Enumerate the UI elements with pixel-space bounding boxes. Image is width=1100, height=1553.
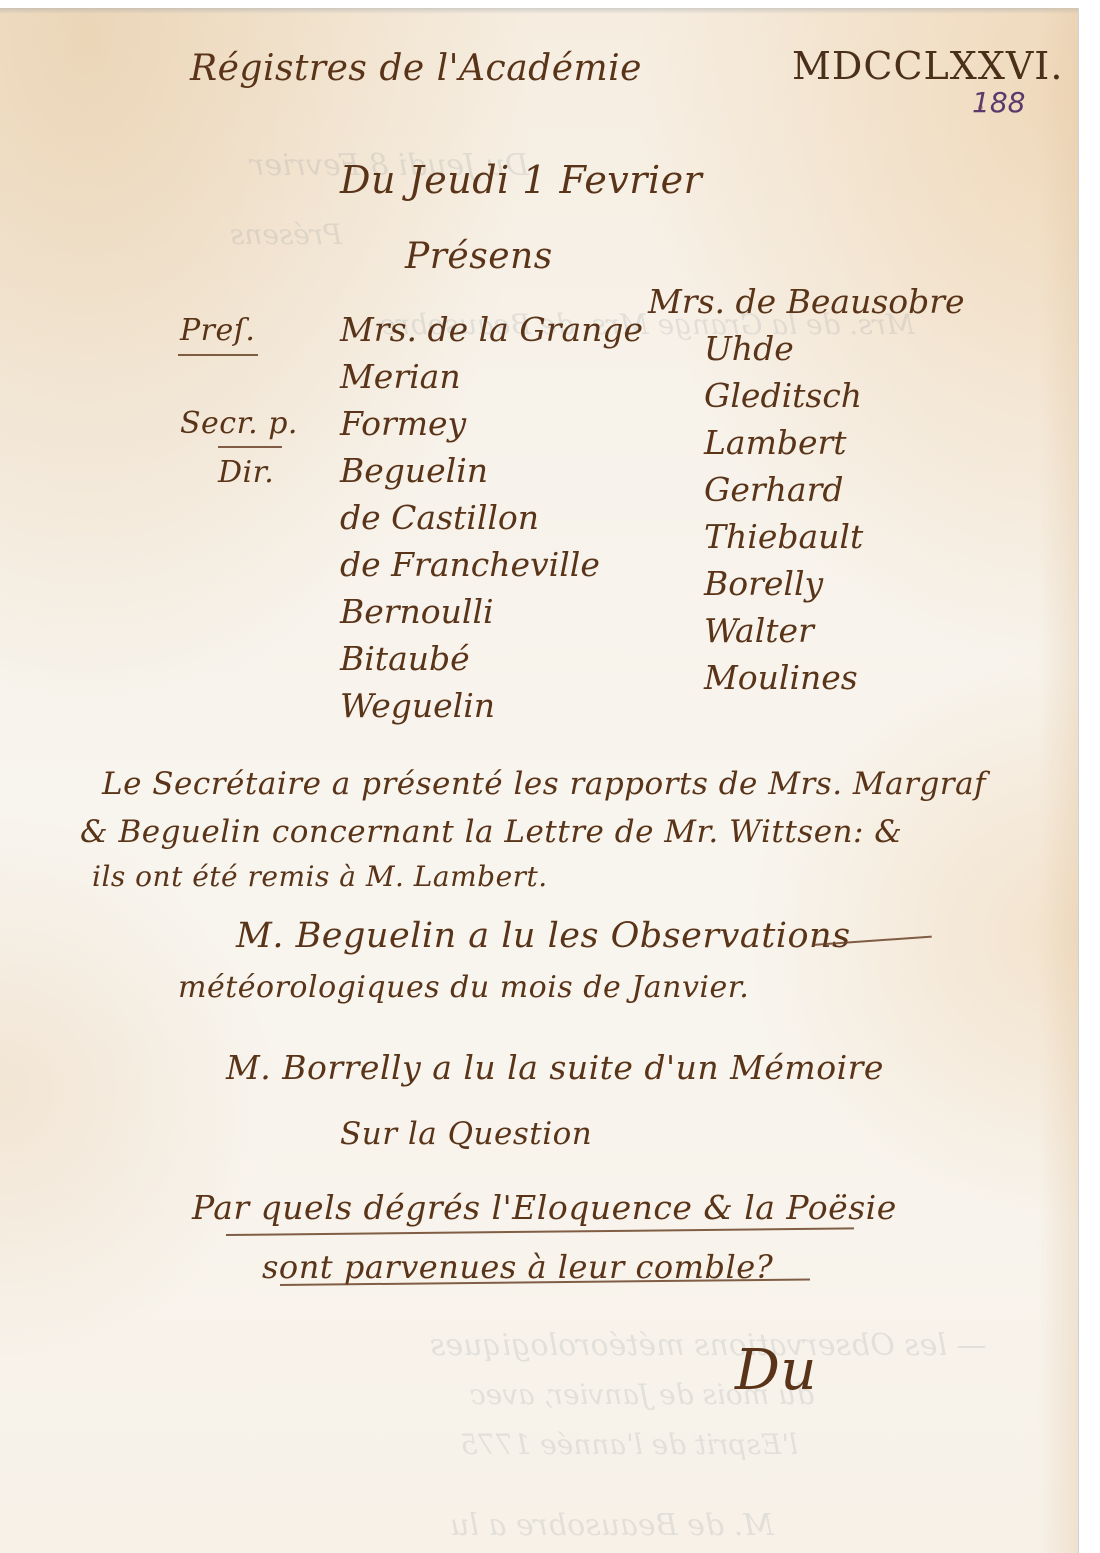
question-underline: [226, 1227, 854, 1235]
session-date: Du Jeudi 1 Fevrier: [340, 158, 702, 202]
bleed-through-line: M. de Beausobre a lu: [450, 1508, 774, 1543]
manuscript-page: Du Jeudi 8 Fevrier Présens Mrs. de la Gr…: [0, 8, 1079, 1553]
role-president: Preſ.: [180, 313, 255, 348]
member-name: Merian: [340, 353, 643, 400]
prize-question-line: Par quels dégrés l'Eloquence & la Poësie: [192, 1188, 897, 1227]
page-edge-shading: [1038, 8, 1078, 1553]
member-name: Thiebault: [648, 513, 965, 560]
minutes-paragraph-1-line: Le Secrétaire a présenté les rapports de…: [102, 766, 986, 802]
member-name: Formey: [340, 400, 643, 447]
member-name: Bernoulli: [340, 588, 643, 635]
member-name: Gleditsch: [648, 372, 965, 419]
member-name: de Castillon: [340, 494, 643, 541]
folio-number: 188: [972, 86, 1025, 119]
underline-president: [178, 354, 258, 356]
minutes-paragraph-3-line: M. Borrelly a lu la suite d'un Mémoire: [226, 1048, 884, 1087]
member-name: Moulines: [648, 654, 965, 701]
member-name: de Francheville: [340, 541, 643, 588]
year-roman-numeral: MDCCLXXVI.: [792, 44, 1063, 88]
role-secretary: Secr. p.: [180, 406, 298, 441]
member-name: Mrs. de Beausobre: [648, 278, 965, 325]
member-name: Lambert: [648, 419, 965, 466]
member-name: Uhde: [648, 325, 965, 372]
presence-heading: Présens: [405, 236, 553, 277]
members-right-column: Mrs. de Beausobre Uhde Gleditsch Lambert…: [648, 278, 965, 701]
member-name: Weguelin: [340, 682, 643, 729]
member-name: Walter: [648, 607, 965, 654]
minutes-paragraph-2-line: M. Beguelin a lu les Observations: [236, 916, 851, 956]
bleed-through-line: Présens: [230, 218, 342, 251]
role-director: Dir.: [218, 455, 274, 490]
member-name: Beguelin: [340, 447, 643, 494]
register-title: Régistres de l'Académie: [190, 48, 642, 89]
bleed-through-line: — les Observations météorologiques: [430, 1328, 987, 1363]
minutes-paragraph-3-line: Sur la Question: [340, 1116, 592, 1152]
member-name: Borelly: [648, 560, 965, 607]
underline-secretary: [218, 446, 282, 448]
member-name: Mrs. de la Grange: [340, 306, 643, 353]
minutes-paragraph-1-line: & Beguelin concernant la Lettre de Mr. W…: [80, 814, 902, 850]
bleed-through-line: l'Esprit de l'année 1775: [460, 1428, 798, 1461]
member-name: Bitaubé: [340, 635, 643, 682]
members-left-column: Mrs. de la Grange Merian Formey Beguelin…: [340, 306, 643, 729]
catchword: Du: [735, 1338, 817, 1403]
minutes-paragraph-2-line: météorologiques du mois de Janvier.: [178, 970, 749, 1005]
member-name: Gerhard: [648, 466, 965, 513]
minutes-paragraph-1-line: ils ont été remis à M. Lambert.: [92, 860, 548, 893]
